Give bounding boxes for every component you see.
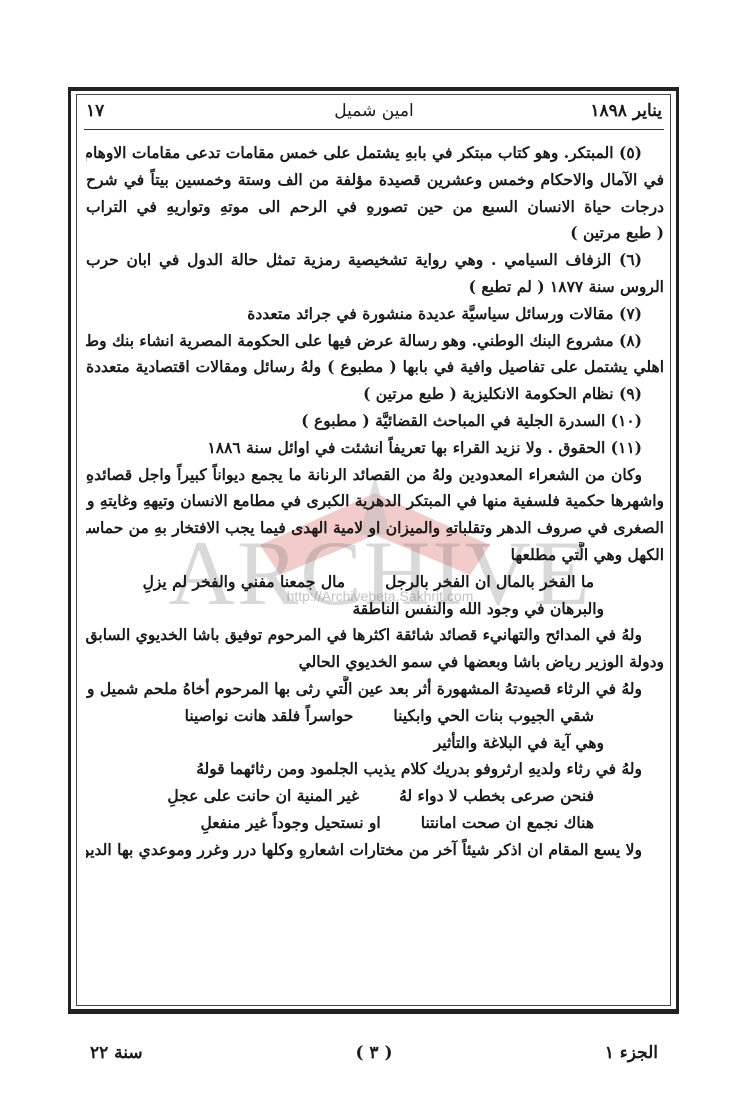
- footer-volume: الجزء ١: [605, 1043, 658, 1063]
- text-line: الروس سنة ١٨٧٧ ( لم تطبع ): [86, 274, 664, 301]
- text-line: (١٠) السدرة الجلية في المباحث القضائيَّة…: [86, 408, 664, 435]
- article-body: (٥) المبتكر. وهو كتاب مبتكر في بابهِ يشت…: [86, 140, 664, 864]
- text-line: (٧) مقالات ورسائل سياسيَّة عديدة منشورة …: [86, 301, 664, 328]
- text-line: ودولة الوزير رياض باشا وبعضها في سمو الخ…: [86, 649, 664, 676]
- header-date: يناير ١٨٩٨: [590, 101, 662, 121]
- running-header: يناير ١٨٩٨ امين شميل ١٧: [86, 96, 662, 126]
- text-line: ولهُ في رثاء ولديهِ ارثروفو بدريك كلام ي…: [86, 756, 664, 783]
- verse-first-hemistich: شقي الجيوب بنات الحي وابكينا: [393, 703, 594, 730]
- header-page-number: ١٧: [86, 101, 104, 121]
- text-line: الصغرى في صروف الدهر وتقلباتهِ والميزان …: [86, 515, 664, 542]
- text-line: (٨) مشروع البنك الوطني. وهو رسالة عرض في…: [86, 328, 664, 355]
- text-line: وكان من الشعراء المعدودين ولهُ من القصائ…: [86, 462, 664, 489]
- text-line: ولا يسع المقام ان اذكر شيئاً آخر من مختا…: [86, 837, 664, 864]
- text-line: (٩) نظام الحكومة الانكليزية ( طبع مرتين …: [86, 381, 664, 408]
- text-line: في الآمال والاحكام وخمس وعشرين قصيدة مؤل…: [86, 167, 664, 194]
- page-footer: الجزء ١ ( ٣ ) سنة ٢٢: [90, 1038, 658, 1068]
- text-line: الكهل وهي الَّتي مطلعها: [86, 542, 664, 569]
- text-line: وهي آية في البلاغة والتأثير: [86, 730, 664, 757]
- poem-verse: ما الفخر بالمال ان الفخر بالرجل مال جمعن…: [86, 569, 664, 596]
- text-line: درجات حياة الانسان السبع من حين تصورهِ ف…: [86, 194, 664, 221]
- text-line: (٥) المبتكر. وهو كتاب مبتكر في بابهِ يشت…: [86, 140, 664, 167]
- verse-first-hemistich: هناك نجمع ان صحت امانتنا: [421, 810, 594, 837]
- text-line: (١١) الحقوق . ولا نزيد القراء بها تعريفا…: [86, 435, 664, 462]
- verse-second-hemistich: مال جمعنا مفني والفخر لم يزلِ: [143, 569, 346, 596]
- text-line: ولهُ في المدائح والتهانيء قصائد شائقة اك…: [86, 622, 664, 649]
- footer-year: سنة ٢٢: [90, 1043, 143, 1063]
- verse-first-hemistich: فنحن صرعى بخطب لا دواء لهُ: [399, 783, 594, 810]
- verse-second-hemistich: غير المنية ان حانت على عجلِ: [167, 783, 359, 810]
- verse-second-hemistich: حواسراً فلقد هانت نواصينا: [185, 703, 354, 730]
- text-line: واشهرها حكمية فلسفية منها في المبتكر الد…: [86, 488, 664, 515]
- footer-sheet-number: ( ٣ ): [355, 1043, 392, 1063]
- text-line: اهلي يشتمل على تفاصيل وافية في بابها ( م…: [86, 354, 664, 381]
- text-line: والبرهان في وجود الله والنفس الناطقة: [86, 596, 664, 623]
- text-line: ولهُ في الرثاء قصيدتهُ المشهورة أثر بعد …: [86, 676, 664, 703]
- verse-first-hemistich: ما الفخر بالمال ان الفخر بالرجل: [385, 569, 594, 596]
- poem-verse: شقي الجيوب بنات الحي وابكينا حواسراً فلق…: [86, 703, 664, 730]
- poem-verse: فنحن صرعى بخطب لا دواء لهُ غير المنية ان…: [86, 783, 664, 810]
- text-line: ( طبع مرتين ): [86, 220, 664, 247]
- header-rule: [84, 129, 664, 130]
- header-title: امين شميل: [334, 101, 413, 121]
- poem-verse: هناك نجمع ان صحت امانتنا او نستحيل وجودا…: [86, 810, 664, 837]
- text-line: (٦) الزفاف السيامي . وهي رواية تشخيصية ر…: [86, 247, 664, 274]
- verse-second-hemistich: او نستحيل وجوداً غير منفعلِ: [200, 810, 380, 837]
